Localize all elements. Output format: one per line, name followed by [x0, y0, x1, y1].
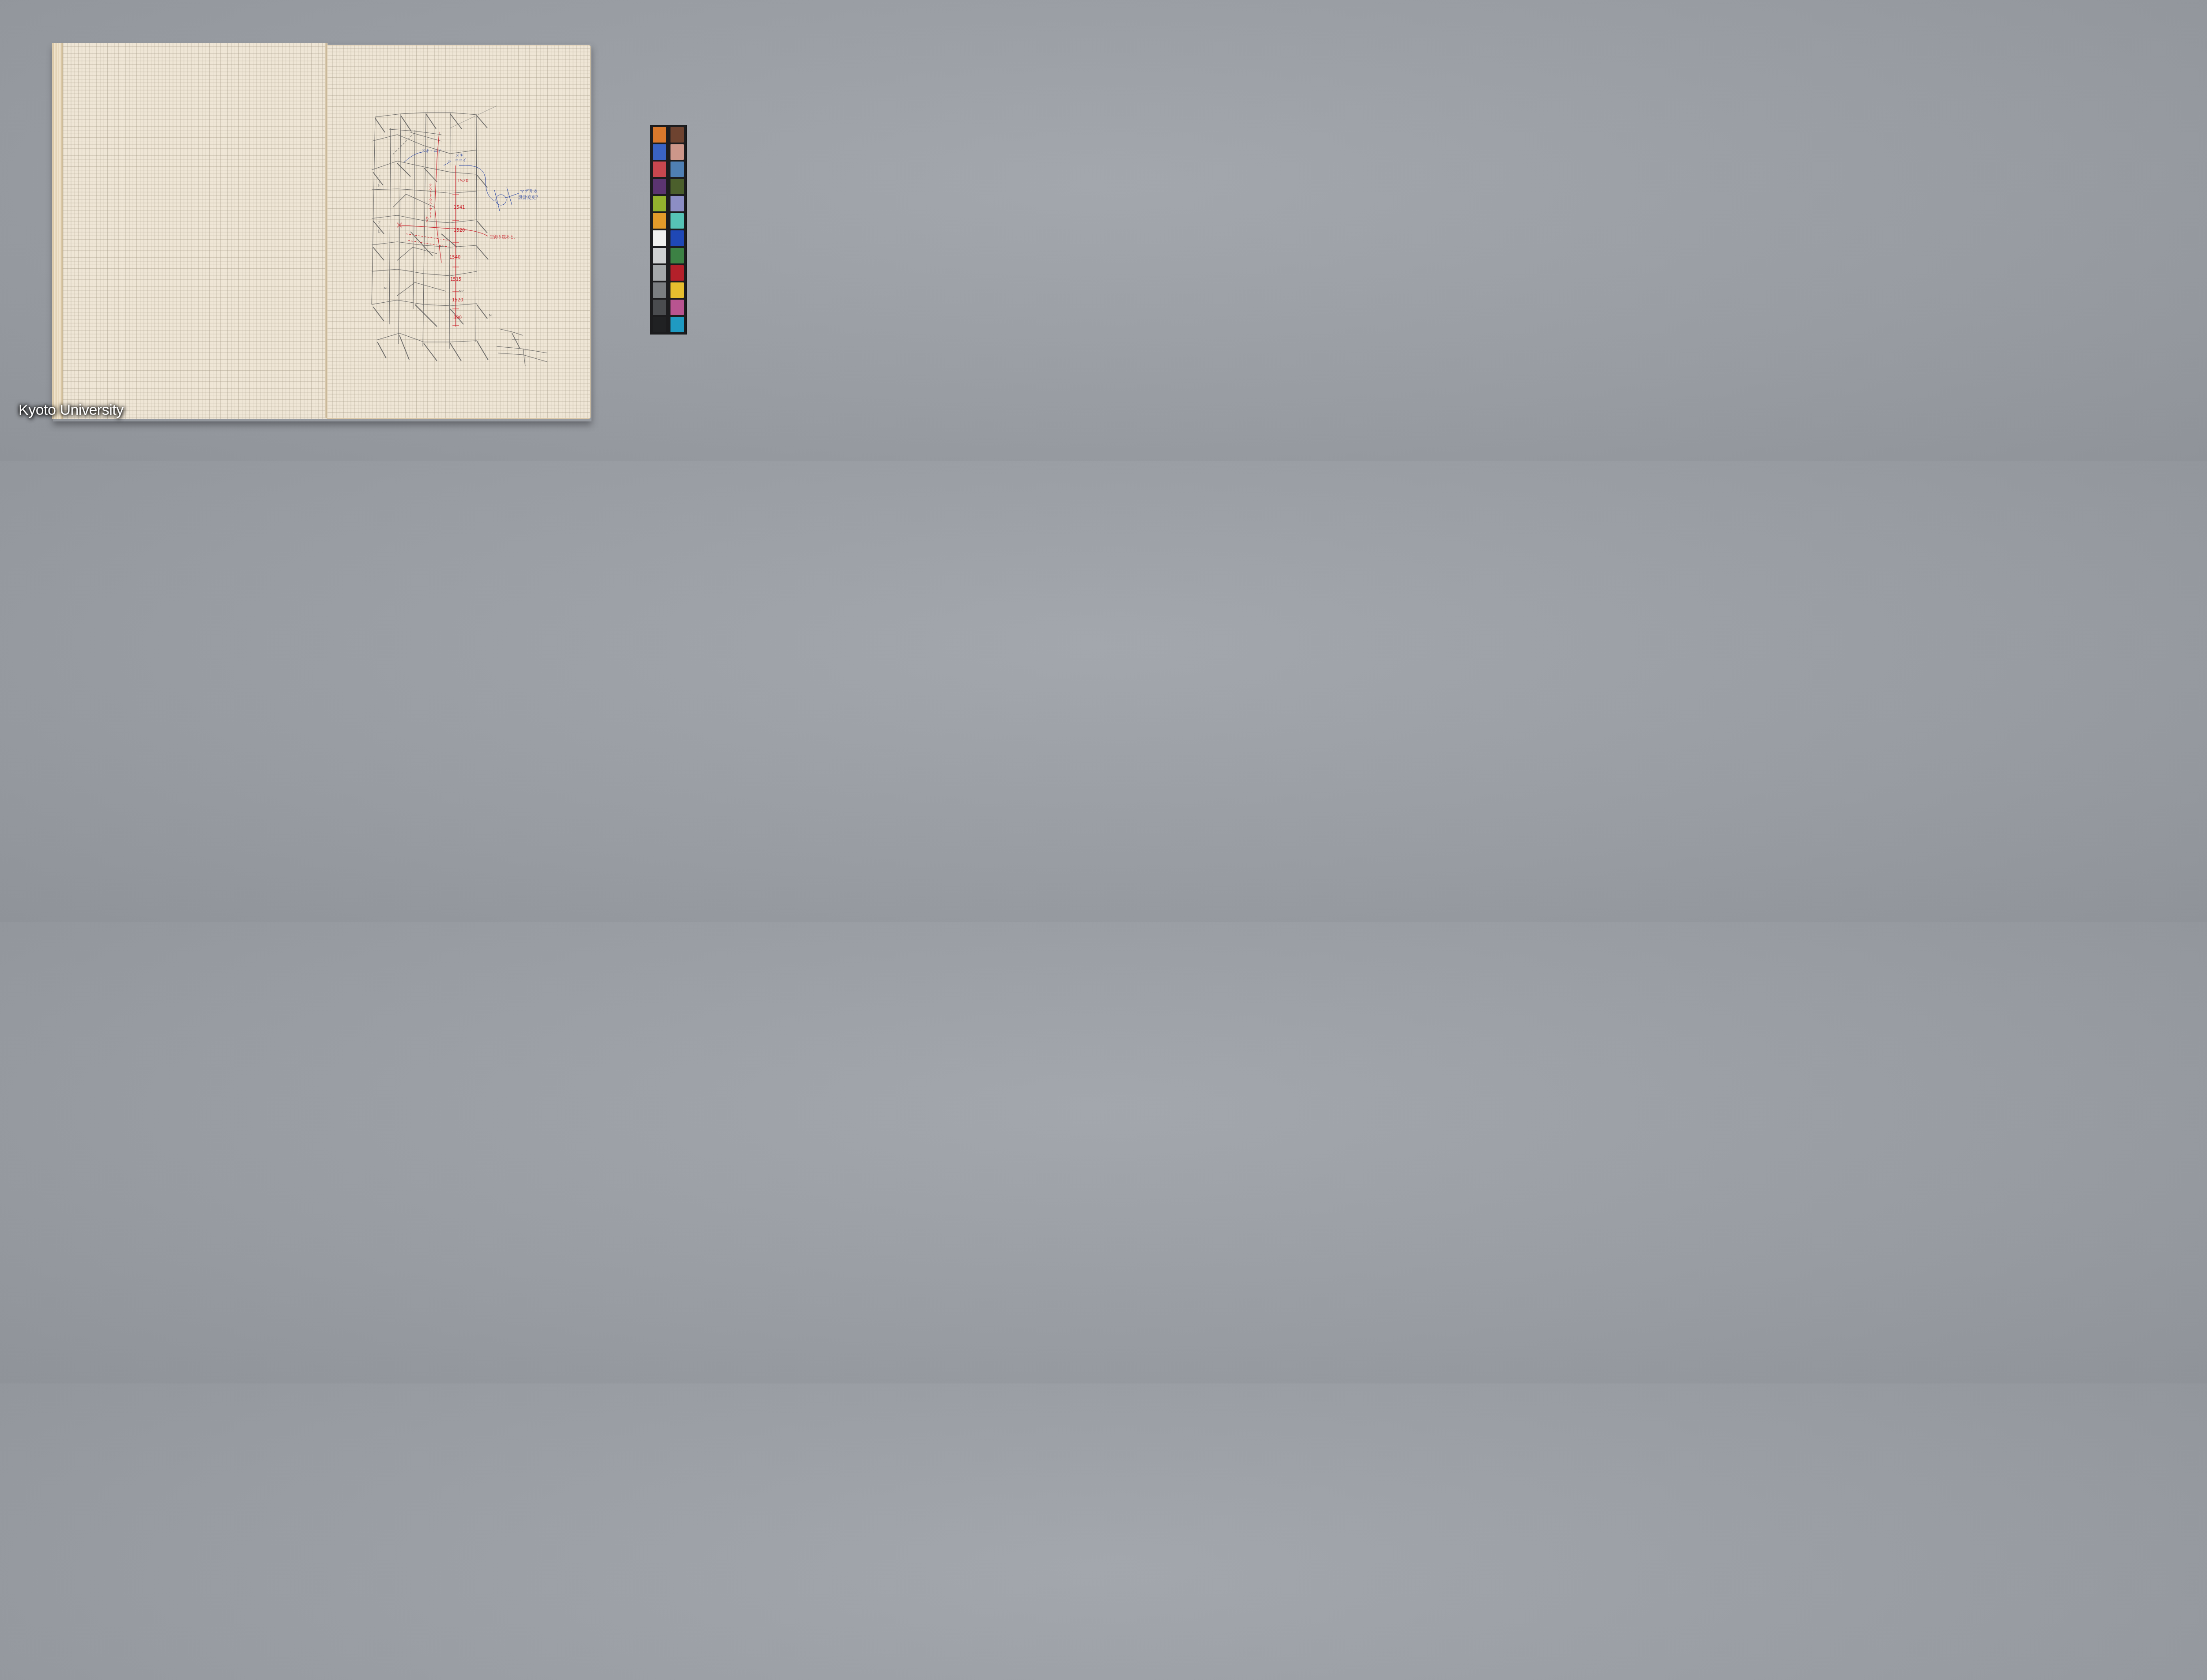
page-stack-edge	[53, 43, 63, 419]
color-swatch	[653, 317, 666, 332]
color-swatch	[670, 300, 684, 315]
blue-callout-2: 設計変更？	[518, 194, 540, 200]
color-swatch	[670, 317, 684, 332]
color-swatch	[653, 144, 666, 160]
dimension-label: 1520	[454, 228, 465, 233]
pencil-note: N	[489, 313, 492, 317]
color-swatch	[653, 230, 666, 246]
color-swatch	[670, 282, 684, 298]
pencil-note: アトメレ	[377, 174, 381, 187]
color-swatch	[653, 179, 666, 194]
dimension-label: 1540	[449, 255, 460, 260]
left-page	[52, 43, 327, 419]
pencil-note: アトメレ	[377, 221, 381, 233]
color-swatch	[670, 127, 684, 143]
color-checker	[650, 125, 687, 334]
notebook-spine	[325, 43, 328, 418]
color-swatch	[670, 265, 684, 281]
color-swatch	[670, 162, 684, 177]
watermark-text: Kyoto University	[19, 402, 124, 419]
color-swatch	[653, 248, 666, 263]
vertical-red-note: ケスト上ろスイアート	[428, 183, 433, 218]
color-swatch	[653, 213, 666, 229]
dimension-label: 890	[453, 316, 462, 320]
color-swatch	[653, 127, 666, 143]
color-swatch	[670, 230, 684, 246]
leader-red-note: 空海り鏡あと、	[490, 234, 518, 240]
color-swatch	[653, 196, 666, 211]
color-swatch	[670, 179, 684, 194]
dimension-label: 1520	[452, 298, 463, 303]
color-swatch	[653, 265, 666, 281]
blue-note-upper: スキュユイ	[422, 148, 441, 154]
pencil-note: N?	[459, 289, 463, 293]
color-swatch	[670, 213, 684, 229]
color-swatch	[653, 162, 666, 177]
color-swatch	[653, 282, 666, 298]
color-swatch	[670, 196, 684, 211]
dimension-label: 1541	[454, 205, 465, 210]
dimension-label: 1520	[457, 179, 468, 184]
color-swatch	[653, 300, 666, 315]
dimension-label: 1515	[450, 277, 461, 282]
side-red-note: あろ	[425, 216, 429, 223]
color-swatch	[670, 248, 684, 263]
blue-callout-1: マゲ升翠	[520, 188, 538, 194]
color-swatch	[670, 144, 684, 160]
pencil-note: N	[384, 286, 387, 290]
blue-note-lower-2: ユユイ	[455, 157, 467, 163]
